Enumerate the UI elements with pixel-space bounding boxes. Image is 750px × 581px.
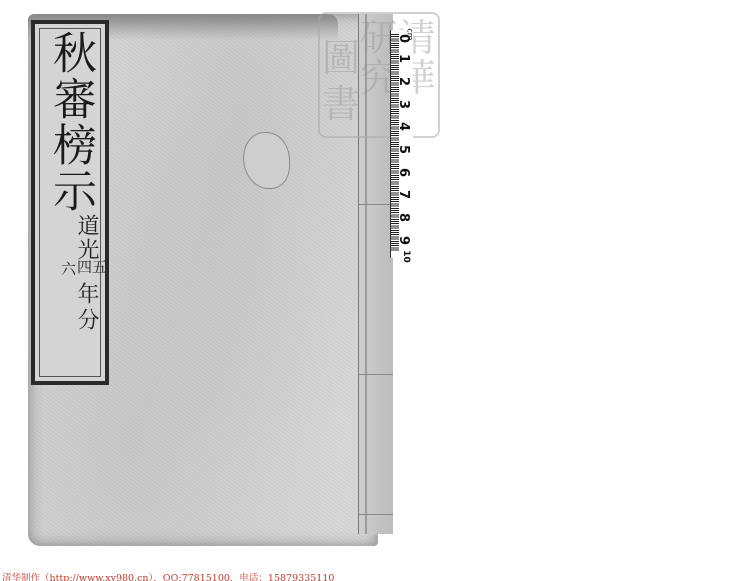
library-seal: 清 華 研 究 圖 書 [318,12,440,138]
ruler-label: 5 [397,145,410,154]
ruler-label: 3 [397,100,410,109]
ruler-label: 0 [397,34,410,43]
measurement-ruler: cm 0 1 2 3 4 5 6 7 8 9 10 [390,30,413,258]
ruler-label: 1 [397,54,410,63]
seal-glyph: 圖 [322,38,360,78]
year-suffix: 年分 [75,282,97,334]
ruler-label: 6 [397,168,410,177]
spine-binding-segment [359,374,393,375]
ruler-label: 7 [397,190,410,199]
year-numbers: 六 四 五 [61,256,105,278]
year-number: 四 [77,256,92,277]
title-slip: 秋審榜示 道光 六 四 五 年分 [31,20,109,385]
seal-glyph: 書 [322,84,360,124]
year-number: 五 [92,256,107,277]
ruler-label: 9 [397,236,410,245]
year-number: 六 [61,258,76,279]
spine-binding-segment [359,514,393,515]
ruler-label: 4 [397,122,410,131]
spine-binding-segment [359,204,393,205]
era-name: 道光 [75,214,97,262]
ruler-label: 2 [397,77,410,86]
ruler-label: 10 [399,250,412,263]
paper-stain [243,132,290,189]
book-title: 秋審榜示 [45,30,95,214]
watermark-footer: 清华制作（http://www.xy980.cn），QQ:77815100，电话… [2,570,334,581]
ruler-label: 8 [397,213,410,222]
